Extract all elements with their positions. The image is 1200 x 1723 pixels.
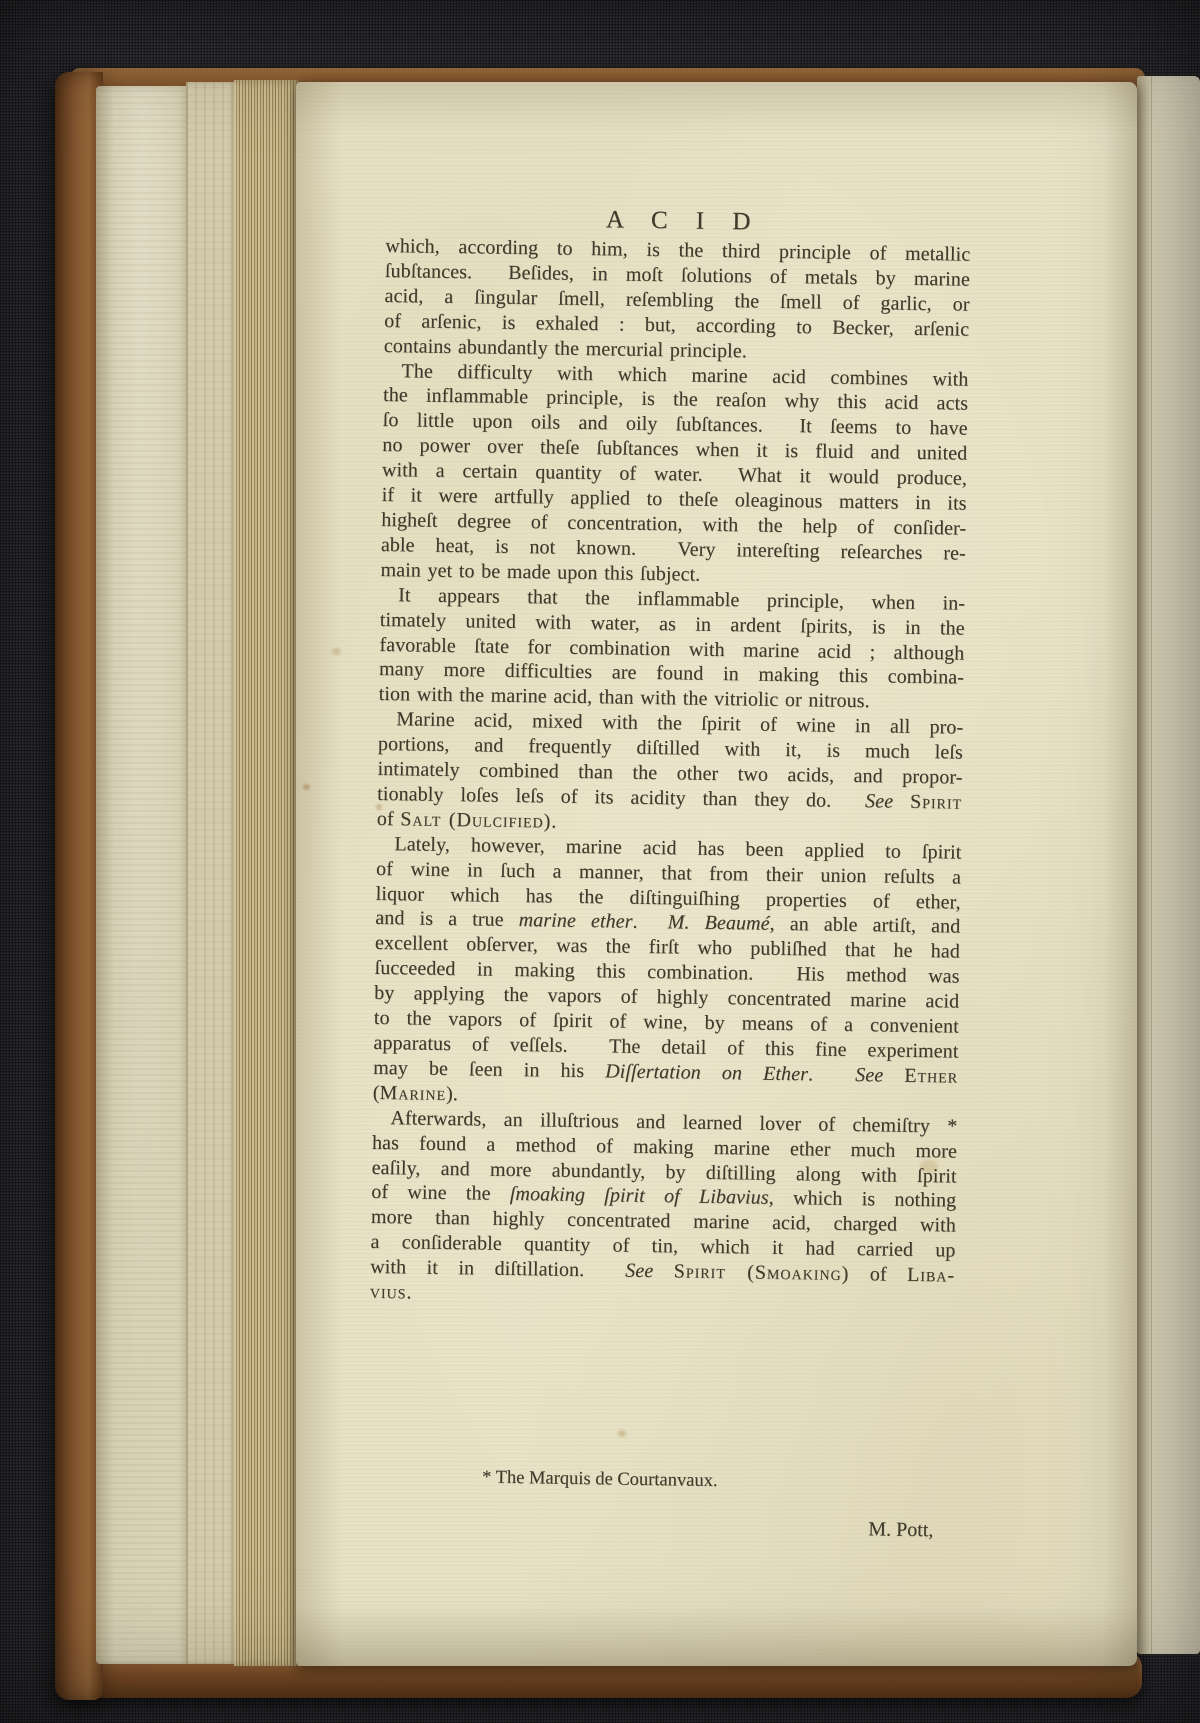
paragraph: which, according to him, is the third pr…	[384, 234, 971, 367]
paragraph: It appears that the inflammable principl…	[379, 583, 966, 716]
foxing-stain	[303, 784, 310, 790]
main-page: A C I D which, according to him, is the …	[296, 82, 1137, 1666]
stacked-page-edges	[234, 80, 298, 1666]
endpaper-page	[96, 86, 188, 1664]
next-page-edge	[1137, 76, 1200, 1654]
printed-text-layer: A C I D which, according to him, is the …	[366, 202, 971, 1543]
book-photograph: A C I D which, according to him, is the …	[0, 0, 1200, 1723]
paragraph: The difficulty with which marine acid co…	[380, 359, 968, 592]
body-text: which, according to him, is the third pr…	[370, 234, 971, 1314]
loose-leaf-edge	[186, 82, 236, 1664]
foxing-stain	[332, 648, 341, 655]
paragraph: Marine acid, mixed with the ſpirit of wi…	[377, 707, 964, 840]
footnote: * The Marquis de Courtanvaux.	[482, 1466, 952, 1497]
paragraph: Lately, however, marine acid has been ap…	[373, 832, 962, 1115]
catchword: M. Pott,	[366, 1510, 951, 1543]
page-crease	[1151, 76, 1152, 1654]
paragraph: Afterwards, an illuſtrious and learned l…	[370, 1106, 958, 1314]
